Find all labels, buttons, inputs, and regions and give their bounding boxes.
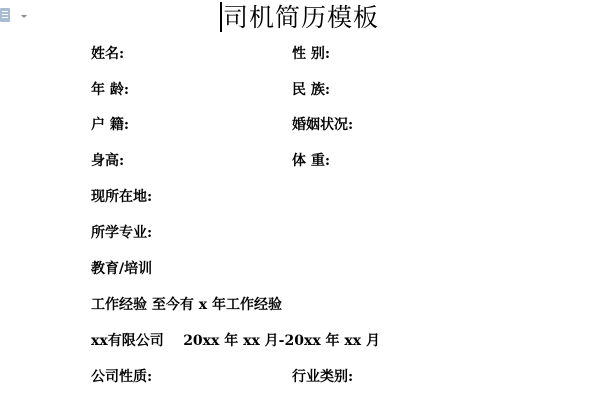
field-marital-status-label: 婚姻状况: <box>292 116 353 134</box>
field-industry-label: 行业类别: <box>292 368 353 386</box>
paste-options-icon[interactable] <box>0 8 10 22</box>
field-gender-label: 性 别: <box>292 45 330 63</box>
field-age-label: 年 龄: <box>91 81 129 99</box>
chevron-down-icon[interactable] <box>21 15 27 18</box>
text-cursor <box>220 2 222 32</box>
company-entry: xx有限公司 20xx 年 xx 月-20xx 年 xx 月 <box>91 332 380 350</box>
section-work-experience: 工作经验 至今有 x 年工作经验 <box>91 296 282 314</box>
document-title: 司机简历模板 <box>223 2 379 34</box>
field-ethnicity-label: 民 族: <box>292 81 330 99</box>
field-major-label: 所学专业: <box>91 224 152 242</box>
field-name-label: 姓名: <box>91 45 124 63</box>
field-company-type-label: 公司性质: <box>91 368 152 386</box>
field-current-location-label: 现所在地: <box>91 188 152 206</box>
field-hukou-label: 户 籍: <box>91 116 129 134</box>
field-weight-label: 体 重: <box>292 152 330 170</box>
field-height-label: 身高: <box>91 152 124 170</box>
section-education: 教育/培训 <box>91 260 152 278</box>
